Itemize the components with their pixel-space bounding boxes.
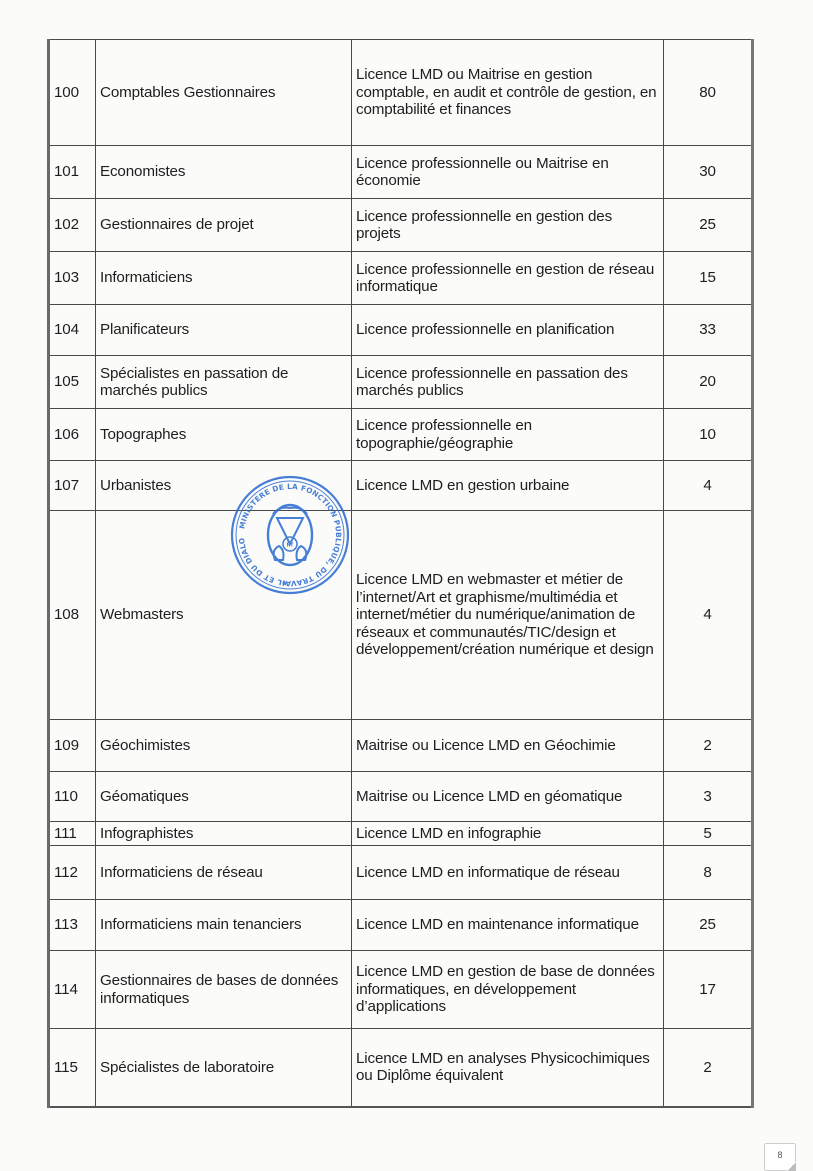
row-number: 112 [49, 846, 96, 900]
positions-count: 30 [664, 146, 753, 199]
job-title: Spécialistes en passation de marchés pub… [96, 356, 352, 409]
positions-count: 2 [664, 720, 753, 772]
job-title: Infographistes [96, 822, 352, 846]
job-title: Urbanistes [96, 461, 352, 511]
table-row: 100Comptables GestionnairesLicence LMD o… [49, 40, 753, 146]
job-title: Géochimistes [96, 720, 352, 772]
table-row: 112Informaticiens de réseauLicence LMD e… [49, 846, 753, 900]
required-qualification: Licence professionnelle en planification [352, 305, 664, 356]
page-number: 8 [764, 1143, 796, 1171]
required-qualification: Licence LMD en analyses Physicochimiques… [352, 1029, 664, 1107]
row-number: 111 [49, 822, 96, 846]
row-number: 105 [49, 356, 96, 409]
required-qualification: Licence professionnelle en topographie/g… [352, 409, 664, 461]
required-qualification: Licence professionnelle ou Maitrise en é… [352, 146, 664, 199]
job-title: Informaticiens de réseau [96, 846, 352, 900]
recruitment-table: 100Comptables GestionnairesLicence LMD o… [47, 39, 754, 1108]
required-qualification: Licence LMD en webmaster et métier de l’… [352, 511, 664, 720]
positions-count: 4 [664, 461, 753, 511]
job-title: Spécialistes de laboratoire [96, 1029, 352, 1107]
job-title: Gestionnaires de bases de données inform… [96, 951, 352, 1029]
positions-count: 4 [664, 511, 753, 720]
positions-count: 25 [664, 900, 753, 951]
row-number: 108 [49, 511, 96, 720]
table-row: 109GéochimistesMaitrise ou Licence LMD e… [49, 720, 753, 772]
table-row: 111InfographistesLicence LMD en infograp… [49, 822, 753, 846]
row-number: 114 [49, 951, 96, 1029]
table-row: 102Gestionnaires de projetLicence profes… [49, 199, 753, 252]
job-title: Economistes [96, 146, 352, 199]
required-qualification: Maitrise ou Licence LMD en géomatique [352, 772, 664, 822]
row-number: 100 [49, 40, 96, 146]
row-number: 101 [49, 146, 96, 199]
required-qualification: Licence LMD en gestion de base de donnée… [352, 951, 664, 1029]
positions-count: 33 [664, 305, 753, 356]
table-row: 105Spécialistes en passation de marchés … [49, 356, 753, 409]
job-title: Informaticiens main tenanciers [96, 900, 352, 951]
table-row: 104PlanificateursLicence professionnelle… [49, 305, 753, 356]
table-row: 115Spécialistes de laboratoireLicence LM… [49, 1029, 753, 1107]
row-number: 103 [49, 252, 96, 305]
recruitment-table-container: 100Comptables GestionnairesLicence LMD o… [47, 39, 754, 1108]
positions-count: 25 [664, 199, 753, 252]
table-row: 107UrbanistesLicence LMD en gestion urba… [49, 461, 753, 511]
table-row: 101EconomistesLicence professionnelle ou… [49, 146, 753, 199]
required-qualification: Licence LMD en informatique de réseau [352, 846, 664, 900]
positions-count: 2 [664, 1029, 753, 1107]
table-row: 110GéomatiquesMaitrise ou Licence LMD en… [49, 772, 753, 822]
positions-count: 80 [664, 40, 753, 146]
required-qualification: Maitrise ou Licence LMD en Géochimie [352, 720, 664, 772]
positions-count: 3 [664, 772, 753, 822]
job-title: Comptables Gestionnaires [96, 40, 352, 146]
table-row: 103InformaticiensLicence professionnelle… [49, 252, 753, 305]
row-number: 102 [49, 199, 96, 252]
required-qualification: Licence professionnelle en gestion des p… [352, 199, 664, 252]
positions-count: 10 [664, 409, 753, 461]
row-number: 104 [49, 305, 96, 356]
row-number: 109 [49, 720, 96, 772]
table-row: 108WebmastersLicence LMD en webmaster et… [49, 511, 753, 720]
required-qualification: Licence LMD ou Maitrise en gestion compt… [352, 40, 664, 146]
table-row: 114Gestionnaires de bases de données inf… [49, 951, 753, 1029]
required-qualification: Licence LMD en gestion urbaine [352, 461, 664, 511]
required-qualification: Licence professionnelle en passation des… [352, 356, 664, 409]
row-number: 107 [49, 461, 96, 511]
positions-count: 5 [664, 822, 753, 846]
job-title: Géomatiques [96, 772, 352, 822]
row-number: 115 [49, 1029, 96, 1107]
positions-count: 20 [664, 356, 753, 409]
table-row: 106TopographesLicence professionnelle en… [49, 409, 753, 461]
row-number: 106 [49, 409, 96, 461]
job-title: Webmasters [96, 511, 352, 720]
positions-count: 8 [664, 846, 753, 900]
positions-count: 15 [664, 252, 753, 305]
table-row: 113Informaticiens main tenanciersLicence… [49, 900, 753, 951]
job-title: Informaticiens [96, 252, 352, 305]
job-title: Topographes [96, 409, 352, 461]
required-qualification: Licence LMD en infographie [352, 822, 664, 846]
job-title: Planificateurs [96, 305, 352, 356]
required-qualification: Licence LMD en maintenance informatique [352, 900, 664, 951]
positions-count: 17 [664, 951, 753, 1029]
job-title: Gestionnaires de projet [96, 199, 352, 252]
row-number: 110 [49, 772, 96, 822]
required-qualification: Licence professionnelle en gestion de ré… [352, 252, 664, 305]
row-number: 113 [49, 900, 96, 951]
